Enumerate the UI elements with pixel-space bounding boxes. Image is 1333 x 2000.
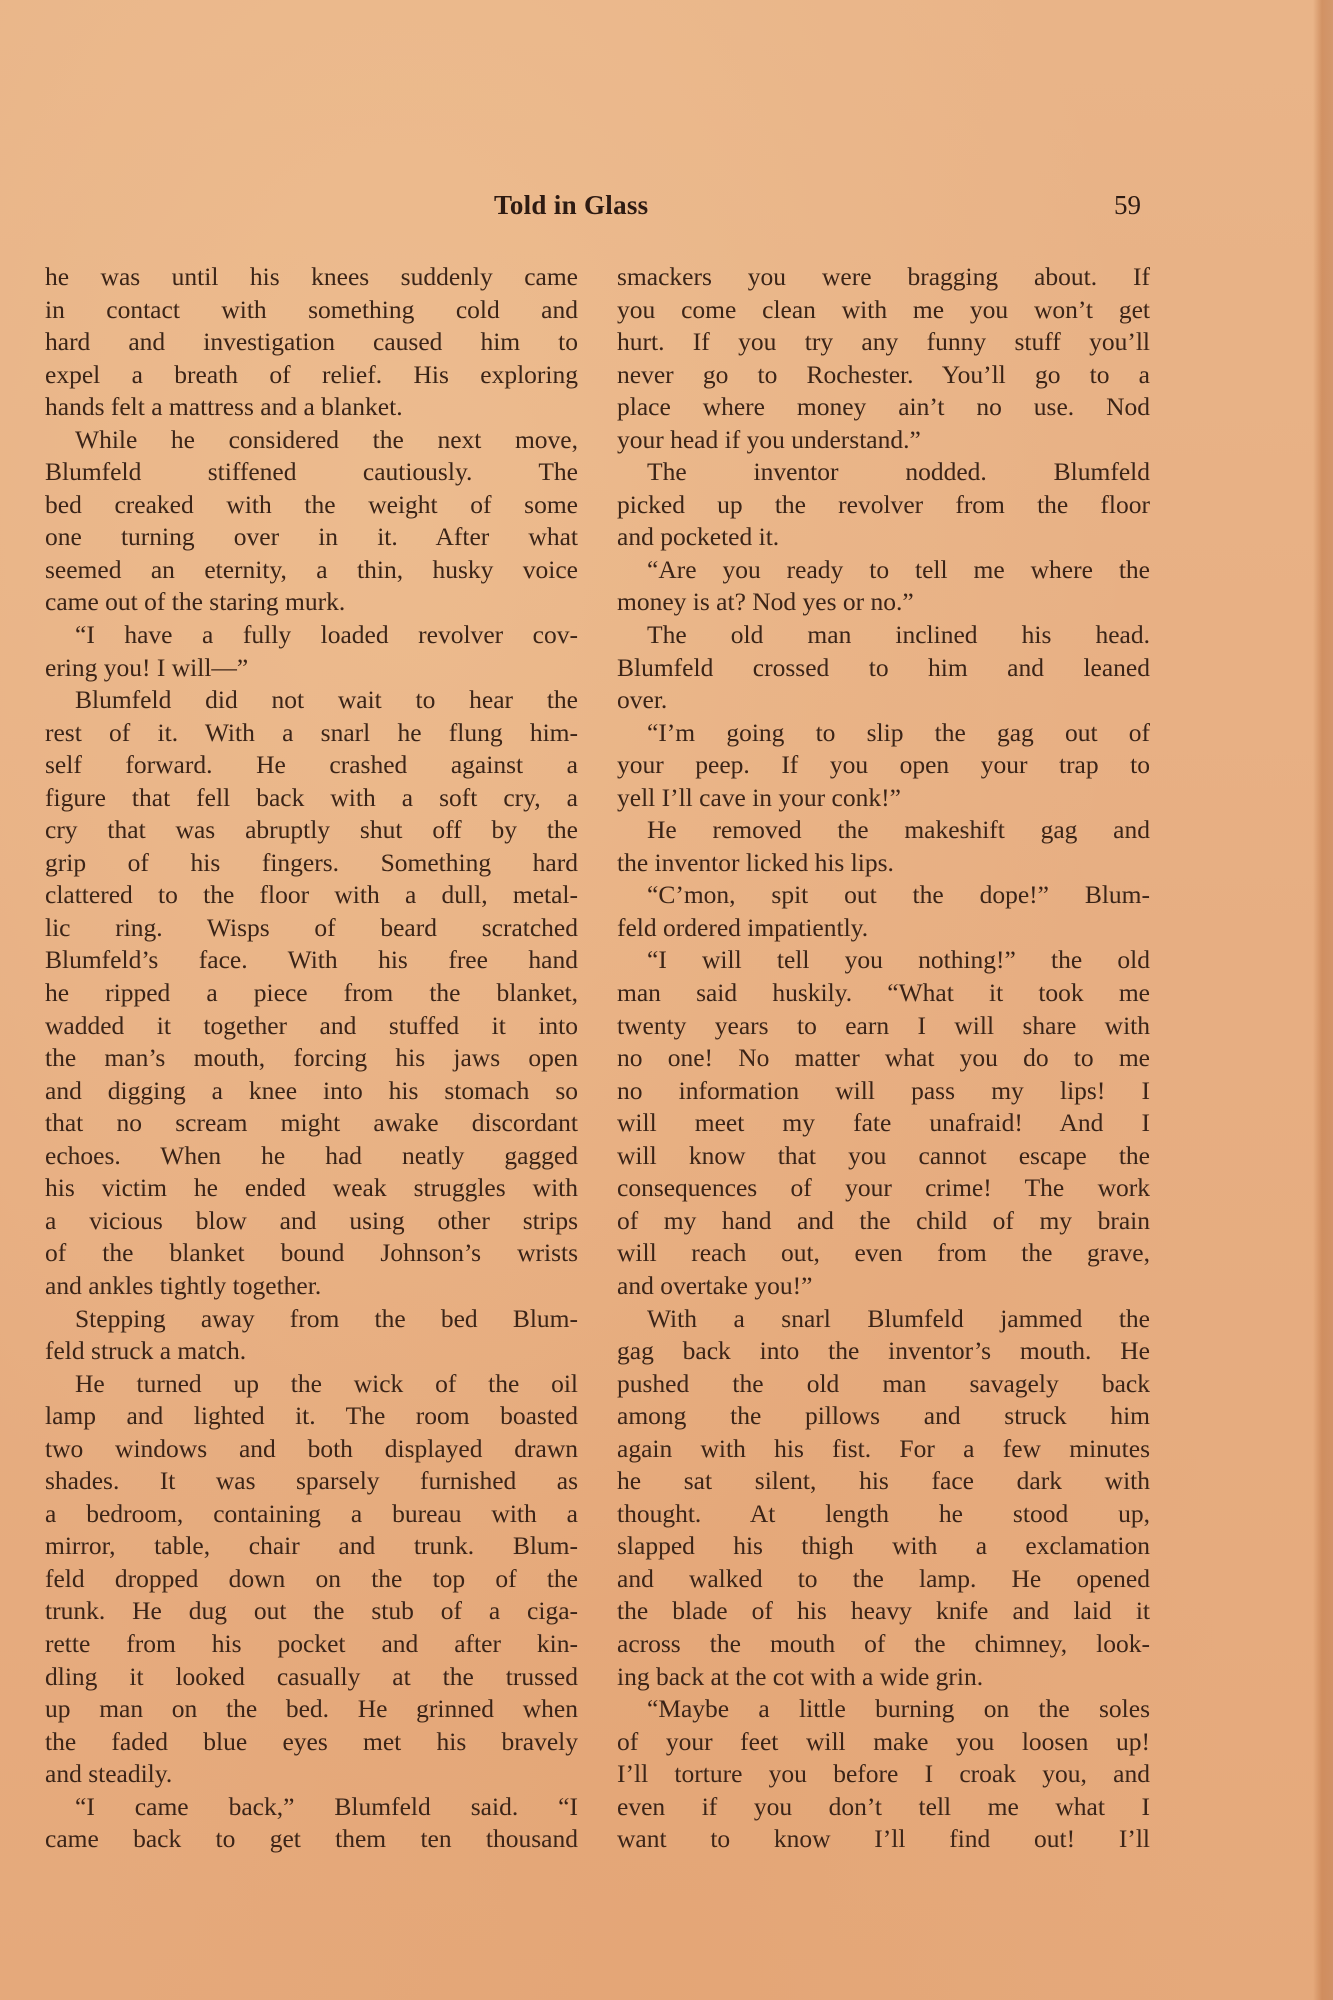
text-line: expel a breath of relief. His exploring	[45, 359, 578, 392]
text-line: that no scream might awake discordant	[45, 1107, 578, 1140]
text-column-right: smackers you were bragging about. Ifyou …	[617, 261, 1150, 1856]
text-line: While he considered the next move,	[45, 424, 578, 457]
text-line: wadded it together and stuffed it into	[45, 1010, 578, 1043]
text-line: the faded blue eyes met his bravely	[45, 1726, 578, 1759]
text-column-left: he was until his knees suddenly camein c…	[45, 261, 578, 1856]
text-line: a bedroom, containing a bureau with a	[45, 1498, 578, 1531]
text-line: came back to get them ten thousand	[45, 1823, 578, 1856]
running-head: Told in Glass 59	[0, 190, 1333, 230]
text-line: ing back at the cot with a wide grin.	[617, 1661, 1150, 1694]
text-line: “I’m going to slip the gag out of	[617, 717, 1150, 750]
text-line: “I will tell you nothing!” the old	[617, 944, 1150, 977]
text-line: among the pillows and struck him	[617, 1400, 1150, 1433]
text-line: “I have a fully loaded revolver cov-	[45, 619, 578, 652]
text-line: no information will pass my lips! I	[617, 1075, 1150, 1108]
text-line: want to know I’ll find out! I’ll	[617, 1823, 1150, 1856]
text-line: in contact with something cold and	[45, 294, 578, 327]
text-line: clattered to the floor with a dull, meta…	[45, 879, 578, 912]
text-line: picked up the revolver from the floor	[617, 489, 1150, 522]
text-line: never go to Rochester. You’ll go to a	[617, 359, 1150, 392]
text-line: rette from his pocket and after kin-	[45, 1628, 578, 1661]
text-line: Blumfeld stiffened cautiously. The	[45, 456, 578, 489]
text-line: his victim he ended weak struggles with	[45, 1172, 578, 1205]
text-line: you come clean with me you won’t get	[617, 294, 1150, 327]
text-line: twenty years to earn I will share with	[617, 1010, 1150, 1043]
text-line: of the blanket bound Johnson’s wrists	[45, 1237, 578, 1270]
text-line: mirror, table, chair and trunk. Blum-	[45, 1530, 578, 1563]
text-line: lamp and lighted it. The room boasted	[45, 1400, 578, 1433]
text-line: he was until his knees suddenly came	[45, 261, 578, 294]
text-line: Stepping away from the bed Blum-	[45, 1303, 578, 1336]
text-line: dling it looked casually at the trussed	[45, 1661, 578, 1694]
text-line: man said huskily. “What it took me	[617, 977, 1150, 1010]
book-page: Told in Glass 59 he was until his knees …	[0, 0, 1333, 2000]
text-line: “Maybe a little burning on the soles	[617, 1693, 1150, 1726]
text-line: With a snarl Blumfeld jammed the	[617, 1303, 1150, 1336]
text-line: self forward. He crashed against a	[45, 749, 578, 782]
text-line: trunk. He dug out the stub of a ciga-	[45, 1595, 578, 1628]
text-line: Blumfeld crossed to him and leaned	[617, 652, 1150, 685]
text-line: hands felt a mattress and a blanket.	[45, 391, 578, 424]
text-line: “I came back,” Blumfeld said. “I	[45, 1791, 578, 1824]
text-line: money is at? Nod yes or no.”	[617, 586, 1150, 619]
text-line: The inventor nodded. Blumfeld	[617, 456, 1150, 489]
text-line: The old man inclined his head.	[617, 619, 1150, 652]
text-line: two windows and both displayed drawn	[45, 1433, 578, 1466]
text-line: of your feet will make you loosen up!	[617, 1726, 1150, 1759]
text-line: yell I’ll cave in your conk!”	[617, 782, 1150, 815]
text-line: of my hand and the child of my brain	[617, 1205, 1150, 1238]
text-line: grip of his fingers. Something hard	[45, 847, 578, 880]
text-line: feld dropped down on the top of the	[45, 1563, 578, 1596]
text-line: and ankles tightly together.	[45, 1270, 578, 1303]
running-title: Told in Glass	[494, 190, 648, 221]
text-line: I’ll torture you before I croak you, and	[617, 1758, 1150, 1791]
text-line: over.	[617, 684, 1150, 717]
text-line: pushed the old man savagely back	[617, 1368, 1150, 1401]
text-line: hard and investigation caused him to	[45, 326, 578, 359]
text-line: a vicious blow and using other strips	[45, 1205, 578, 1238]
text-line: “C’mon, spit out the dope!” Blum-	[617, 879, 1150, 912]
text-line: the inventor licked his lips.	[617, 847, 1150, 880]
page-number: 59	[1114, 190, 1141, 221]
text-line: lic ring. Wisps of beard scratched	[45, 912, 578, 945]
text-line: shades. It was sparsely furnished as	[45, 1465, 578, 1498]
text-line: again with his fist. For a few minutes	[617, 1433, 1150, 1466]
text-line: thought. At length he stood up,	[617, 1498, 1150, 1531]
text-line: your peep. If you open your trap to	[617, 749, 1150, 782]
text-line: and steadily.	[45, 1758, 578, 1791]
text-line: feld ordered impatiently.	[617, 912, 1150, 945]
text-line: and digging a knee into his stomach so	[45, 1075, 578, 1108]
text-line: and overtake you!”	[617, 1270, 1150, 1303]
text-line: smackers you were bragging about. If	[617, 261, 1150, 294]
text-line: hurt. If you try any funny stuff you’ll	[617, 326, 1150, 359]
text-line: rest of it. With a snarl he flung him-	[45, 717, 578, 750]
text-line: figure that fell back with a soft cry, a	[45, 782, 578, 815]
text-line: he sat silent, his face dark with	[617, 1465, 1150, 1498]
text-line: will reach out, even from the grave,	[617, 1237, 1150, 1270]
text-line: and walked to the lamp. He opened	[617, 1563, 1150, 1596]
text-line: even if you don’t tell me what I	[617, 1791, 1150, 1824]
text-line: Blumfeld’s face. With his free hand	[45, 944, 578, 977]
text-line: one turning over in it. After what	[45, 521, 578, 554]
text-line: came out of the staring murk.	[45, 586, 578, 619]
text-line: across the mouth of the chimney, look-	[617, 1628, 1150, 1661]
text-line: He turned up the wick of the oil	[45, 1368, 578, 1401]
text-line: He removed the makeshift gag and	[617, 814, 1150, 847]
text-line: the man’s mouth, forcing his jaws open	[45, 1042, 578, 1075]
text-line: no one! No matter what you do to me	[617, 1042, 1150, 1075]
text-line: the blade of his heavy knife and laid it	[617, 1595, 1150, 1628]
text-line: will meet my fate unafraid! And I	[617, 1107, 1150, 1140]
text-line: slapped his thigh with a exclamation	[617, 1530, 1150, 1563]
text-line: feld struck a match.	[45, 1335, 578, 1368]
text-line: consequences of your crime! The work	[617, 1172, 1150, 1205]
text-line: and pocketed it.	[617, 521, 1150, 554]
text-line: your head if you understand.”	[617, 424, 1150, 457]
text-line: Blumfeld did not wait to hear the	[45, 684, 578, 717]
text-line: place where money ain’t no use. Nod	[617, 391, 1150, 424]
text-line: bed creaked with the weight of some	[45, 489, 578, 522]
page-edge-shadow	[1313, 0, 1333, 2000]
text-line: ering you! I will—”	[45, 652, 578, 685]
text-line: “Are you ready to tell me where the	[617, 554, 1150, 587]
text-line: cry that was abruptly shut off by the	[45, 814, 578, 847]
text-line: gag back into the inventor’s mouth. He	[617, 1335, 1150, 1368]
text-line: seemed an eternity, a thin, husky voice	[45, 554, 578, 587]
text-line: echoes. When he had neatly gagged	[45, 1140, 578, 1173]
text-line: he ripped a piece from the blanket,	[45, 977, 578, 1010]
text-line: up man on the bed. He grinned when	[45, 1693, 578, 1726]
text-line: will know that you cannot escape the	[617, 1140, 1150, 1173]
